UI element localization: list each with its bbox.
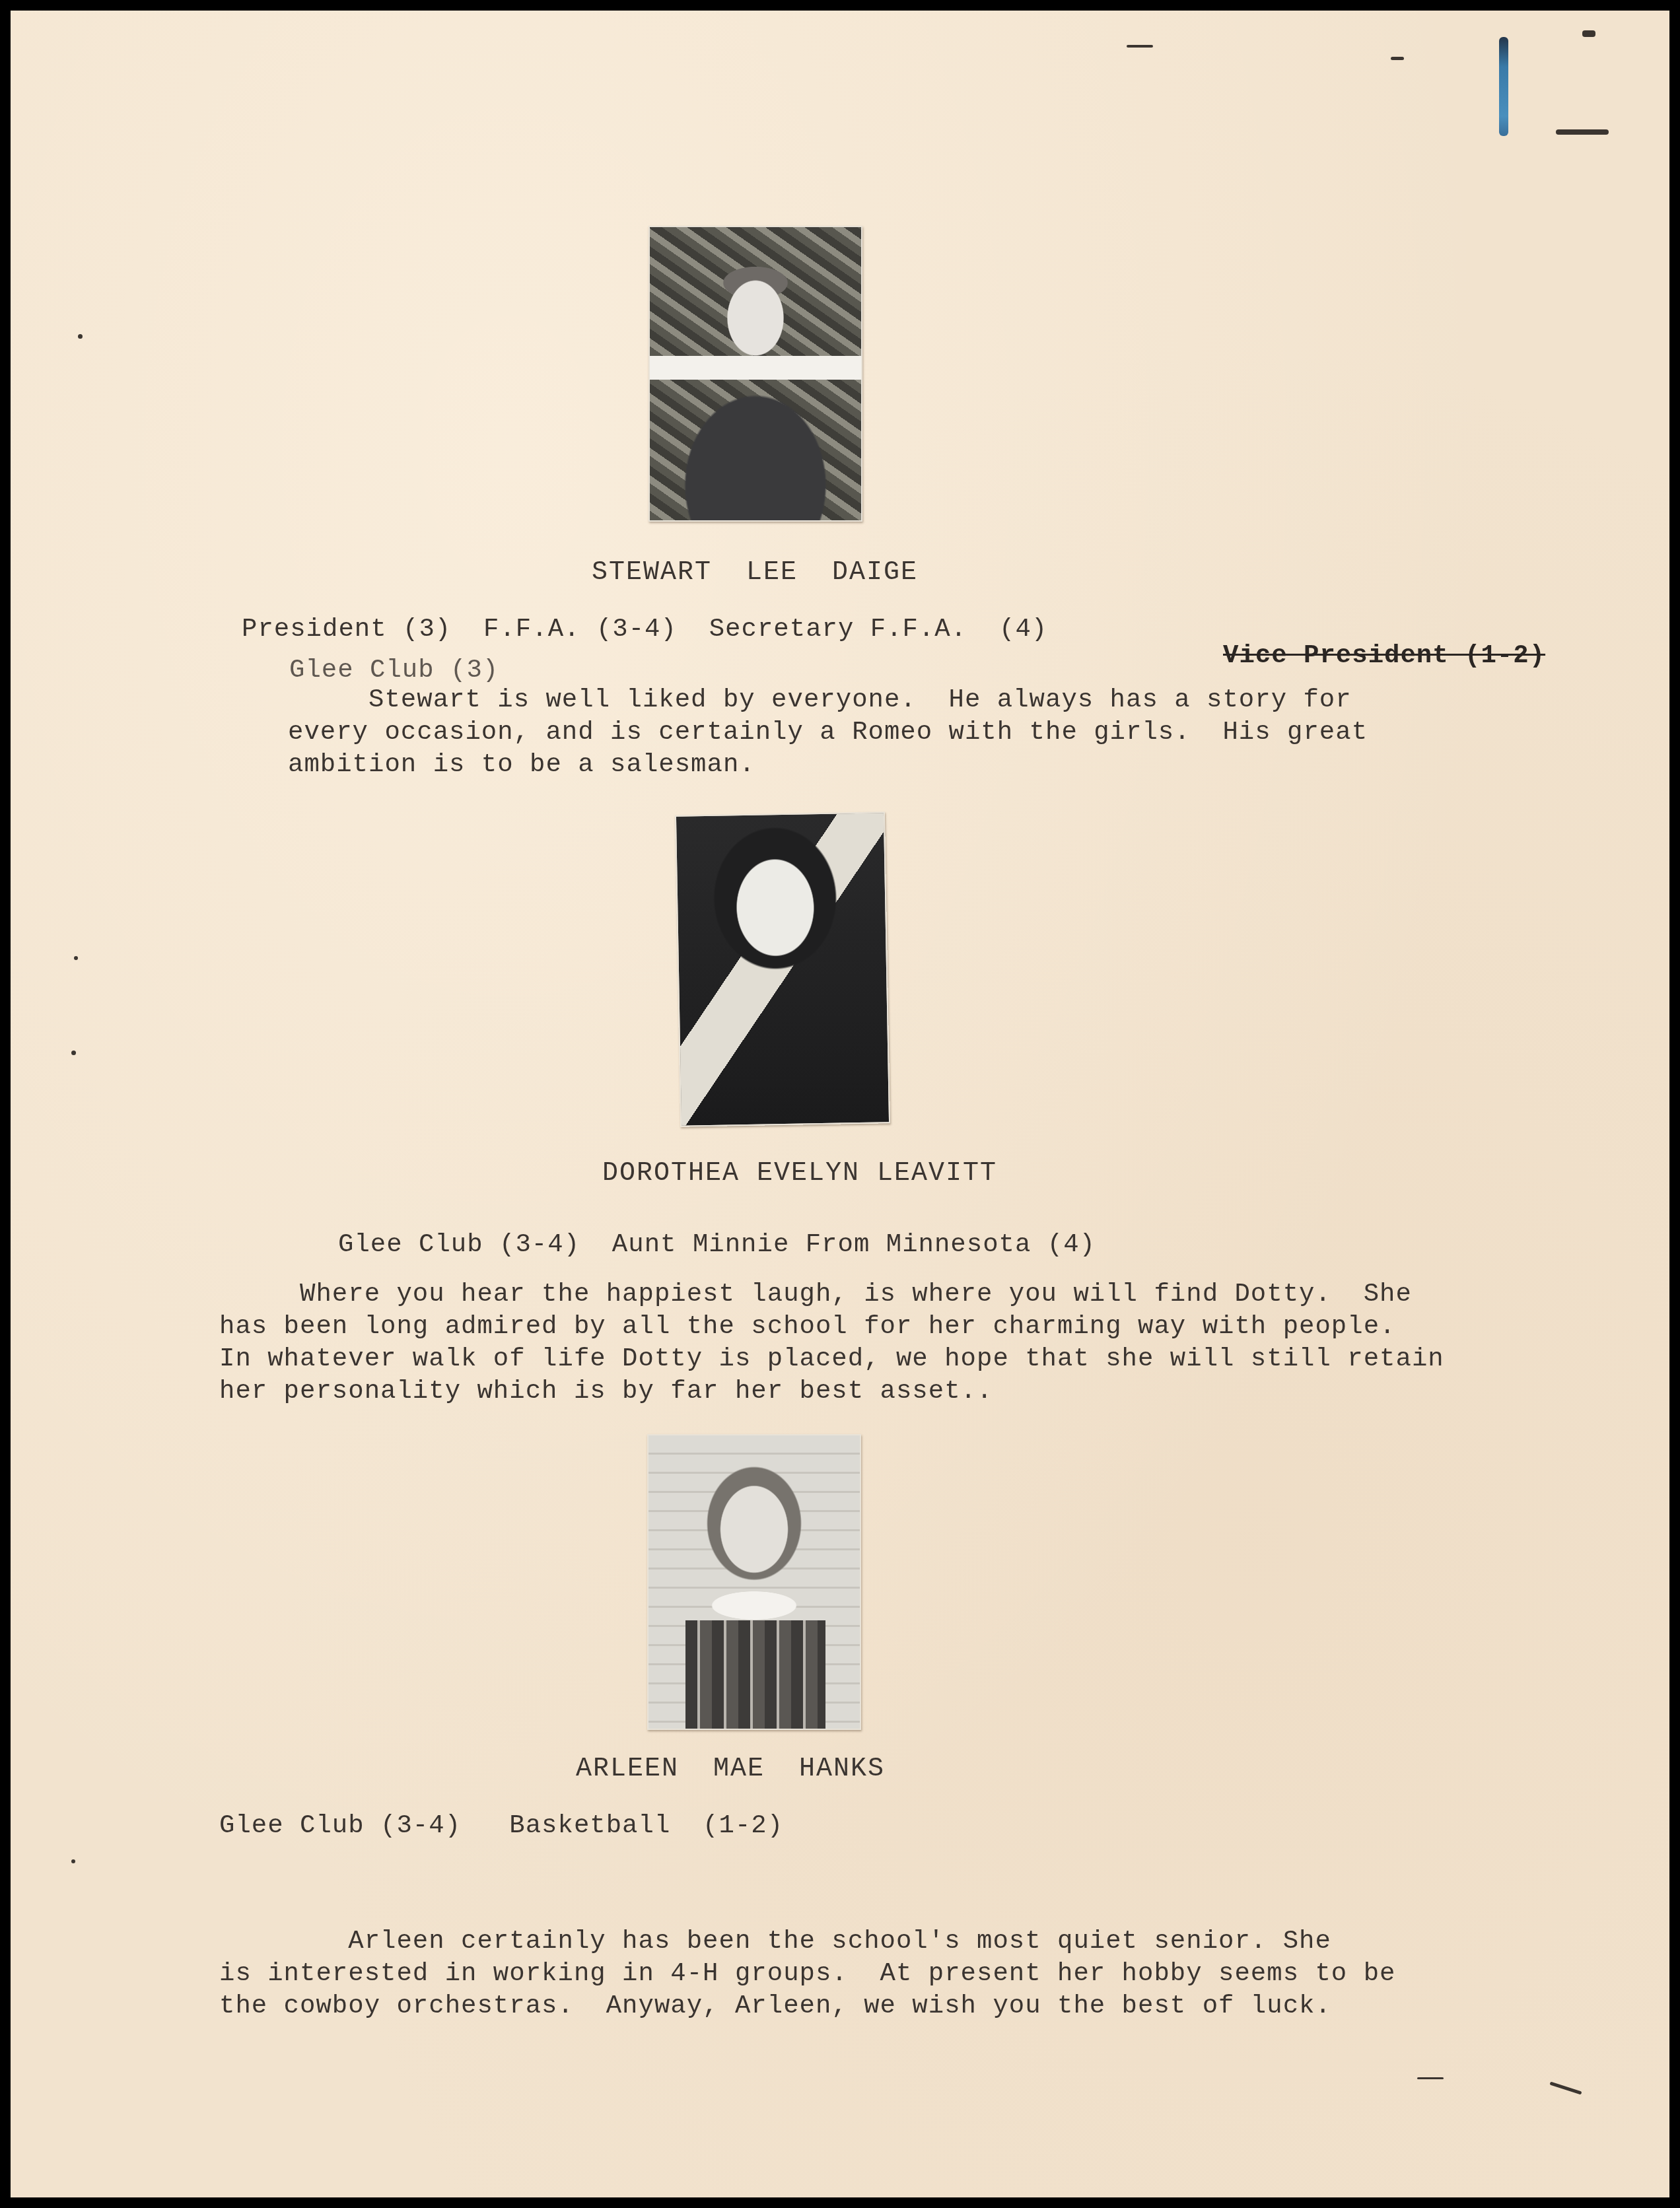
yearbook-page: STEWART LEE DAIGE President (3) F.F.A. (… (11, 11, 1669, 2197)
student-activities: President (3) F.F.A. (3-4) Secretary F.F… (242, 617, 1047, 642)
student-bio: Where you hear the happiest laugh, is wh… (219, 1278, 1444, 1408)
student-bio: Stewart is well liked by everyone. He al… (288, 684, 1368, 781)
bio-line: ambition is to be a salesman. (288, 749, 1368, 781)
student-bio: Arleen certainly has been the school's m… (219, 1925, 1395, 2022)
margin-speck-icon (78, 334, 83, 339)
bio-line: every occasion, and is certainly a Romeo… (288, 716, 1368, 749)
student-activities-line2: Glee Club (3) (289, 658, 499, 683)
ink-stroke-mark-icon (1417, 2077, 1444, 2079)
bio-line: the cowboy orchestras. Anyway, Arleen, w… (219, 1990, 1395, 2022)
student-activities: Glee Club (3-4) Aunt Minnie From Minneso… (338, 1232, 1096, 1258)
student-name: DOROTHEA EVELYN LEAVITT (602, 1161, 997, 1187)
student-activities-extra: Vice President (1-2) (1223, 643, 1545, 669)
margin-speck-icon (71, 1859, 75, 1863)
ink-stroke-mark-icon (1549, 2081, 1582, 2094)
ink-speck-icon (1391, 57, 1404, 60)
student-photo-arleen (647, 1434, 861, 1730)
student-photo-stewart (648, 226, 862, 522)
blue-ink-mark-icon (1499, 37, 1508, 136)
bio-line: has been long admired by all the school … (219, 1311, 1444, 1343)
bio-line: Stewart is well liked by everyone. He al… (288, 684, 1368, 716)
bio-line: is interested in working in 4-H groups. … (219, 1958, 1395, 1990)
bio-line: Arleen certainly has been the school's m… (219, 1925, 1395, 1958)
margin-speck-icon (71, 1051, 76, 1055)
ink-dash-mark-icon (1556, 129, 1609, 135)
student-name: STEWART LEE DAIGE (592, 560, 918, 586)
student-photo-dorothea (675, 811, 890, 1126)
student-name: ARLEEN MAE HANKS (576, 1756, 885, 1783)
ink-speck-icon (1582, 30, 1595, 37)
margin-speck-icon (74, 956, 78, 960)
bio-line: her personality which is by far her best… (219, 1375, 1444, 1408)
ink-speck-icon (1127, 45, 1153, 48)
bio-line: In whatever walk of life Dotty is placed… (219, 1343, 1444, 1375)
bio-line: Where you hear the happiest laugh, is wh… (219, 1278, 1444, 1311)
student-activities: Glee Club (3-4) Basketball (1-2) (219, 1813, 783, 1839)
